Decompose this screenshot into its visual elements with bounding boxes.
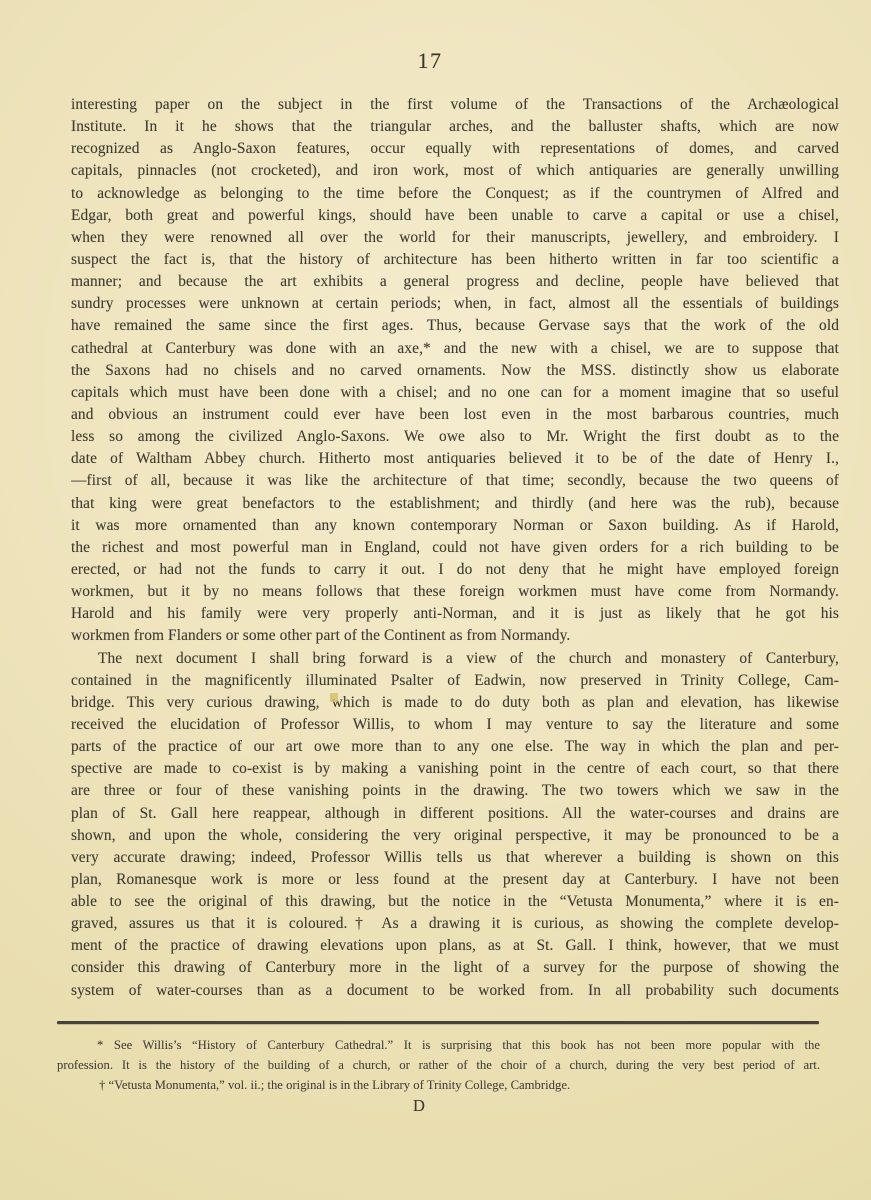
signature-mark: D [413,1096,425,1116]
text-line: Harold and his family were very properly… [71,603,839,625]
text-line: received the elucidation of Professor Wi… [71,714,839,736]
text-line: and obvious an instrument could ever hav… [71,404,839,426]
text-line: plan of St. Gall here reappear, although… [71,803,839,825]
text-line: ment of the practice of drawing elevatio… [71,935,839,957]
text-line: plan, Romanesque work is more or less fo… [71,869,839,891]
scanned-book-page: 17 interesting paper on the subject in t… [0,0,871,1200]
text-line: manner; and because the art exhibits a g… [71,271,839,293]
paragraph-2: The next document I shall bring forward … [71,648,839,1002]
text-line: consider this drawing of Canterbury more… [71,957,839,979]
text-line: workmen from Flanders or some other part… [71,625,839,647]
text-line: shown, and upon the whole, considering t… [71,825,839,847]
text-line: have remained the same since the first a… [71,315,839,337]
footnote-divider-rule [57,1021,819,1024]
text-line: are three or four of these vanishing poi… [71,780,839,802]
text-line: spective are made to co-exist is by maki… [71,758,839,780]
text-line: sundry processes were unknown at certain… [71,293,839,315]
text-line: bridge. This very curious drawing, which… [71,692,839,714]
text-line: recognized as Anglo-Saxon features, occu… [71,138,839,160]
text-line: parts of the practice of our art owe mor… [71,736,839,758]
text-line: The next document I shall bring forward … [71,648,839,670]
text-line: Institute. In it he shows that the trian… [71,116,839,138]
text-line: workmen, but it by no means follows that… [71,581,839,603]
text-line: capitals which must have been done with … [71,382,839,404]
page-number: 17 [418,48,443,74]
footnote-asterisk: * See Willis’s “History of Canterbury Ca… [57,1036,820,1076]
text-line: able to see the original of this drawing… [71,891,839,913]
text-line: graved, assures us that it is coloured.†… [71,913,839,935]
text-line: interesting paper on the subject in the … [71,94,839,116]
text-line: that king were great benefactors to the … [71,493,839,515]
text-line: when they were renowned all over the wor… [71,227,839,249]
footnote-dagger: † “Vetusta Monumenta,” vol. ii.; the ori… [57,1076,820,1096]
text-line: the Saxons had no chisels and no carved … [71,360,839,382]
text-line: erected, or had not the funds to carry i… [71,559,839,581]
text-line: it was more ornamented than any known co… [71,515,839,537]
text-line: capitals, pinnacles (not crocketed), and… [71,160,839,182]
text-line: the richest and most powerful man in Eng… [71,537,839,559]
paragraph-1: interesting paper on the subject in the … [71,94,839,648]
text-line: system of water-courses than as a docume… [71,980,839,1002]
text-line: very accurate drawing; indeed, Professor… [71,847,839,869]
body-text: interesting paper on the subject in the … [71,94,839,1002]
text-line: contained in the magnificently illuminat… [71,670,839,692]
text-line: to acknowledge as belonging to the time … [71,183,839,205]
text-line: —first of all, because it was like the a… [71,470,839,492]
scan-artifact [330,693,338,702]
text-line: cathedral at Canterbury was done with an… [71,338,839,360]
text-line: Edgar, both great and powerful kings, sh… [71,205,839,227]
footnote-section: * See Willis’s “History of Canterbury Ca… [57,1036,820,1095]
footnote-line: profession. It is the history of the bui… [57,1056,820,1076]
text-line: date of Waltham Abbey church. Hitherto m… [71,448,839,470]
text-line: suspect the fact is, that the history of… [71,249,839,271]
footnote-line: * See Willis’s “History of Canterbury Ca… [57,1036,820,1056]
text-line: less so among the civilized Anglo-Saxons… [71,426,839,448]
